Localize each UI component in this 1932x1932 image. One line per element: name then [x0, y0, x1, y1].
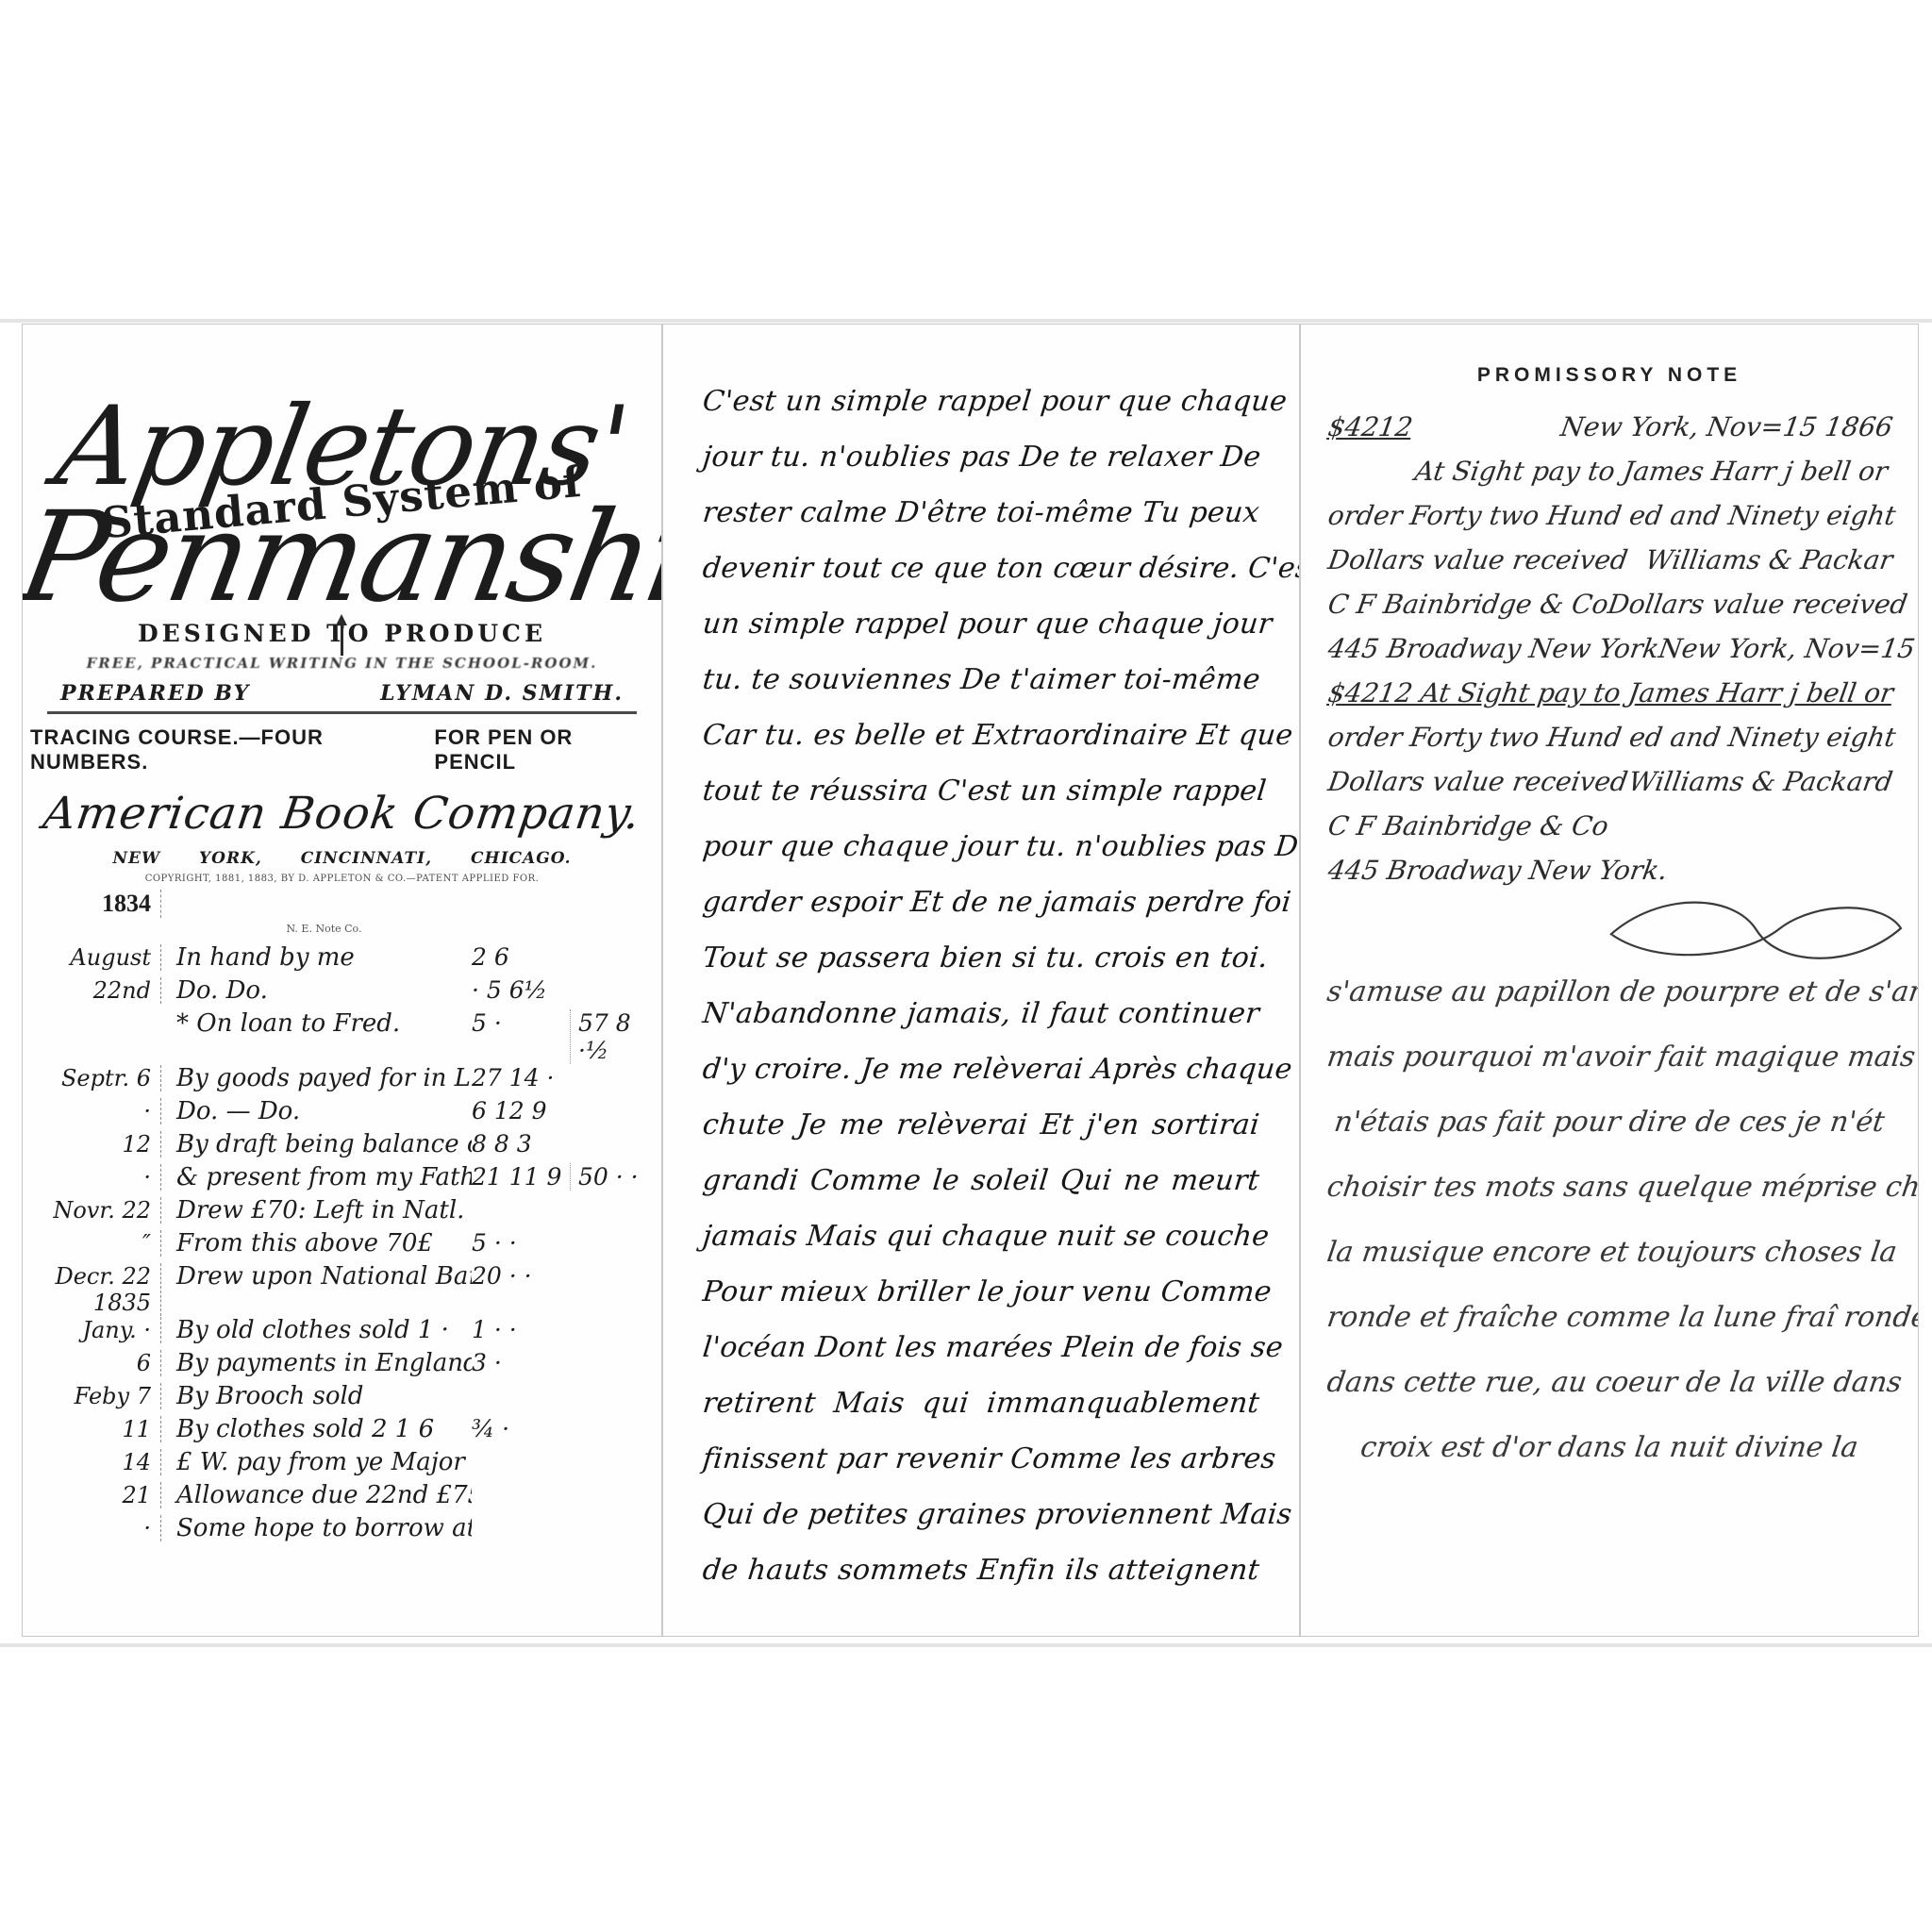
scan-artifact-line-bottom [0, 1643, 1932, 1647]
ledger-description: By old clothes sold 1 · [161, 1316, 472, 1344]
american-book-company: American Book Company. [23, 788, 661, 840]
ledger-date: Septr. 6 [23, 1065, 161, 1091]
ledger-description: Drew £70: Left in Natl. Bank 65½ [161, 1196, 472, 1224]
script-text-line: Car tu. es belle et Extraordinaire Et qu… [700, 708, 1262, 763]
french-script-line: ronde et fraîche comme la lune fraî rond… [1323, 1285, 1896, 1350]
ledger-date: 14 [23, 1449, 161, 1475]
french-script-line: mais pourquoi m'avoir fait magique mais [1323, 1024, 1896, 1090]
note-line-right: New York, Nov=15 1866 [1558, 411, 1895, 442]
ledger-amount: 2 6 [472, 943, 570, 971]
note-line-right: Dollars value received [1606, 589, 1909, 620]
script-text-line: garder espoir Et de ne jamais perdre foi [700, 874, 1262, 930]
note-line-left: C F Bainbridge & Co [1325, 589, 1610, 620]
ledger-amount: 5 · [472, 1009, 570, 1037]
ledger-description: From this above 70£ [161, 1229, 472, 1257]
ledger-description: Do. Do. [161, 976, 472, 1005]
ledger-row: 1834 [23, 890, 661, 923]
publisher-cities: NEW YORK, CINCINNATI, CHICAGO. [23, 849, 661, 868]
ledger-description: & present from my Father [161, 1163, 472, 1191]
script-text-line: Pour mieux briller le jour venu Comme [700, 1264, 1262, 1320]
ledger-amount-2: 50 · · [570, 1163, 661, 1191]
ledger-date: Decr. 22 1835 [23, 1263, 161, 1316]
right-panel-promissory-note: PROMISSORY NOTE $4212 New York, Nov=15 1… [1299, 325, 1918, 1636]
note-line: order Forty two Hund ed and Ninety eight [1324, 500, 1894, 544]
tracing-course-row: TRACING COURSE.—FOUR NUMBERS. FOR PEN OR… [30, 725, 654, 774]
ledger-description: N. E. Note Co. [161, 923, 472, 935]
ledger-amount: · 5 6½ [472, 976, 570, 1004]
ledger-date: 1834 [23, 890, 161, 918]
ledger-date: 6 [23, 1350, 161, 1376]
ledger-amount: 20 · · [472, 1262, 570, 1290]
ledger-amount: 21 11 9 [472, 1163, 570, 1191]
note-line-left: Dollars value received [1325, 544, 1629, 575]
ledger-date: 21 [23, 1482, 161, 1508]
tracing-course-label: TRACING COURSE.—FOUR NUMBERS. [30, 725, 434, 774]
scanned-document-page: Appletons' Standard System of Penmanship… [0, 0, 1932, 1932]
ledger-row: Septr. 6 By goods payed for in London 27… [23, 1064, 661, 1097]
middle-panel-french-script: C'est un simple rappel pour que chaquejo… [661, 325, 1299, 1636]
ledger-row: ″ From this above 70£ 5 · · [23, 1229, 661, 1262]
free-practical-writing-line: FREE, PRACTICAL WRITING IN THE SCHOOL-RO… [23, 655, 661, 672]
ledger-row: 12 By draft being balance of my allowanc… [23, 1130, 661, 1163]
three-panel-sheet: Appletons' Standard System of Penmanship… [22, 324, 1919, 1637]
note-line: Dollars value received Williams & Packar [1324, 544, 1894, 589]
ledger-description: In hand by me [161, 943, 472, 972]
fleur-ornament [341, 624, 343, 656]
ledger-row: 11 By clothes sold 2 1 6 ¾ · [23, 1415, 661, 1448]
note-line: $4212 New York, Nov=15 1866 [1324, 411, 1894, 456]
note-line-left: 445 Broadway New York [1325, 633, 1661, 664]
note-line: At Sight pay to James Harr j bell or [1324, 456, 1894, 500]
ledger-row: · Some hope to borrow at 2. drawn Willis… [23, 1514, 661, 1547]
script-text-line: N'abandonne jamais, il faut continuer [700, 986, 1262, 1041]
ledger-amount: 6 12 9 [472, 1097, 570, 1124]
ledger-description: By payments in England [161, 1349, 472, 1377]
note-line-right: Williams & Packar [1643, 544, 1895, 575]
ledger-description: * On loan to Fred. [161, 1009, 472, 1038]
note-line: 445 Broadway New York New York, Nov=15 1… [1324, 633, 1894, 677]
ledger-description: By goods payed for in London [161, 1064, 472, 1092]
ledger-date: August [23, 944, 161, 971]
note-line-left: At Sight pay to James Harr j bell or [1412, 456, 1890, 487]
ledger-date: 22nd [23, 977, 161, 1004]
copyright-line: COPYRIGHT, 1881, 1883, BY D. APPLETON & … [23, 874, 661, 884]
note-line: C F Bainbridge & Co Dollars value receiv… [1324, 589, 1894, 633]
pen-or-pencil-label: FOR PEN OR PENCIL [434, 725, 654, 774]
ledger-description: By Brooch sold [161, 1382, 472, 1410]
script-text-line: tout te réussira C'est un simple rappel [700, 763, 1262, 819]
scan-artifact-line-top [0, 319, 1932, 323]
ledger-date: · [23, 1164, 161, 1191]
script-text-line: de hauts sommets Enfin ils atteignent [700, 1542, 1262, 1598]
ledger-date: Jany. · [23, 1317, 161, 1343]
script-text-line: grandi Comme le soleil Qui ne meurt [700, 1153, 1262, 1208]
script-text-line: Qui de petites graines proviennent Mais [700, 1487, 1262, 1542]
ledger-row: Feby 7 By Brooch sold [23, 1382, 661, 1415]
note-line-left: $4212 [1325, 411, 1414, 442]
note-line-left: C F Bainbridge & Co [1325, 810, 1610, 841]
ledger-amount-2: 57 8 ·½ [570, 1009, 661, 1064]
note-line: C F Bainbridge & Co [1324, 810, 1894, 855]
ledger-date: Feby 7 [23, 1383, 161, 1409]
french-script-line: croix est d'or dans la nuit divine la [1323, 1415, 1896, 1480]
french-script-line: s'amuse au papillon de pourpre et de s'a… [1323, 959, 1896, 1024]
ledger-amount: 1 · · [472, 1316, 570, 1343]
ledger-row: · & present from my Father 21 11 9 50 · … [23, 1163, 661, 1196]
penmanship-title: Penmanship. [23, 495, 661, 620]
note-line-left: $4212 At Sight pay to James Harr j bell … [1325, 677, 1895, 708]
note-line: $4212 At Sight pay to James Harr j bell … [1324, 677, 1894, 722]
ledger-row: 14 £ W. pay from ye Major due Feb 22 25 [23, 1448, 661, 1481]
ledger-description: Allowance due 22nd £75. part of had Got … [161, 1481, 472, 1509]
ledger-amount: ¾ · [472, 1415, 570, 1442]
ledger-description: Some hope to borrow at 2. drawn Willis &… [161, 1514, 472, 1542]
script-text-line: pour que chaque jour tu. n'oublies pas D… [700, 819, 1262, 874]
ledger-date: 12 [23, 1131, 161, 1158]
ledger-row: * On loan to Fred. 5 · 57 8 ·½ [23, 1009, 661, 1064]
ledger-date: · [23, 1098, 161, 1124]
note-line-left: order Forty two Hund ed and Ninety eight [1325, 500, 1897, 531]
ledger-date: · [23, 1515, 161, 1541]
script-text-line: devenir tout ce que ton cœur désire. C'e… [700, 541, 1262, 596]
ledger-row: · Do. — Do. 6 12 9 [23, 1097, 661, 1130]
ledger-description: Drew upon National Bank for p. [161, 1262, 472, 1291]
note-line-right: New York, Nov=15 1866 [1657, 633, 1918, 664]
note-line-right: Williams & Packard [1626, 766, 1895, 797]
script-text-line: d'y croire. Je me relèverai Après chaque [700, 1041, 1262, 1097]
note-line-left: order Forty two Hund ed and Ninety eight [1325, 722, 1897, 753]
ledger-row: Decr. 22 1835 Drew upon National Bank fo… [23, 1262, 661, 1316]
script-text-line: C'est un simple rappel pour que chaque [700, 374, 1262, 429]
ledger-row: Novr. 22 Drew £70: Left in Natl. Bank 65… [23, 1196, 661, 1229]
ledger-row: 22nd Do. Do. · 5 6½ [23, 976, 661, 1009]
french-script-line: la musique encore et toujours choses la [1323, 1220, 1896, 1285]
script-text-line: jour tu. n'oublies pas De te relaxer De [700, 429, 1262, 485]
ledger-amount: 5 · · [472, 1229, 570, 1257]
script-text-line: jamais Mais qui chaque nuit se couche [700, 1208, 1262, 1264]
note-line: Dollars value received Williams & Packar… [1324, 766, 1894, 810]
ledger-description: Do. — Do. [161, 1097, 472, 1125]
french-script-line: dans cette rue, au coeur de la ville dan… [1323, 1350, 1896, 1415]
script-text-line: tu. te souviennes De t'aimer toi-même [700, 652, 1262, 708]
french-script-line: n'étais pas fait pour dire de ces je n'é… [1323, 1090, 1896, 1155]
prepared-by-row: PREPARED BY LYMAN D. SMITH. [47, 681, 637, 714]
ledger-date: ″ [23, 1230, 161, 1257]
ledger-row: 21 Allowance due 22nd £75. part of had G… [23, 1481, 661, 1514]
left-panel-penmanship-cover: Appletons' Standard System of Penmanship… [23, 325, 661, 1636]
script-text-line: finissent par revenir Comme les arbres [700, 1431, 1262, 1487]
ledger-date: Novr. 22 [23, 1197, 161, 1224]
ledger-amount: 3 · [472, 1349, 570, 1376]
promissory-note-body: $4212 New York, Nov=15 1866 At Sight pay… [1327, 411, 1891, 899]
ledger-row: Jany. · By old clothes sold 1 · 1 · · [23, 1316, 661, 1349]
script-text-line: un simple rappel pour que chaque jour [700, 596, 1262, 652]
french-script-block: s'amuse au papillon de pourpre et de s'a… [1327, 959, 1891, 1480]
ledger-description: By draft being balance of my allowance [161, 1130, 472, 1158]
ledger-amount: 8 8 3 [472, 1130, 570, 1158]
script-text-line: retirent Mais qui immanquablement [700, 1375, 1262, 1431]
script-text-line: l'océan Dont les marées Plein de fois se [700, 1320, 1262, 1375]
script-text-line: Tout se passera bien si tu. crois en toi… [700, 930, 1262, 986]
ledger-amount: 27 14 · [472, 1064, 570, 1091]
ledger-date: 11 [23, 1416, 161, 1442]
note-line-left: Dollars value received [1325, 766, 1629, 797]
ledger-description: By clothes sold 2 1 6 [161, 1415, 472, 1443]
promissory-note-header: PROMISSORY NOTE [1327, 364, 1891, 387]
ledger-row: 6 By payments in England 3 · [23, 1349, 661, 1382]
ledger-row: N. E. Note Co. [23, 923, 661, 943]
note-line: order Forty two Hund ed and Ninety eight [1324, 722, 1894, 766]
author-name: LYMAN D. SMITH. [380, 681, 624, 706]
script-text-line: chute Je me relèverai Et j'en sortirai [700, 1097, 1262, 1153]
note-line-left: 445 Broadway New York. [1325, 855, 1669, 886]
french-script-line: choisir tes mots sans quelque méprise ch… [1323, 1155, 1896, 1220]
script-text-line: rester calme D'être toi-même Tu peux [700, 485, 1262, 541]
ledger-row: August In hand by me 2 6 [23, 943, 661, 976]
ledger-description: £ W. pay from ye Major due Feb 22 25 [161, 1448, 472, 1476]
handwritten-ledger: 1834 N. E. Note Co. August In hand by me… [23, 890, 661, 1547]
prepared-by-label: PREPARED BY [60, 681, 250, 706]
